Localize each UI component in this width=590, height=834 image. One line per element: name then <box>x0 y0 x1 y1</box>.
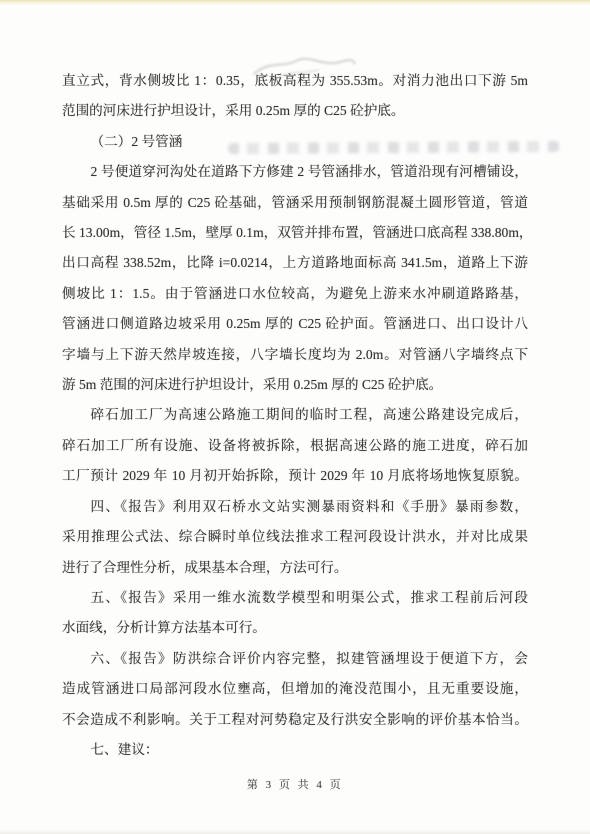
body-text: 直立式，背水侧坡比 1：0.35，底板高程为 355.53m。对消力池出口下游 … <box>62 66 528 765</box>
text-line: 五、《报告》采用一维水流数学模型和明渠公式，推求工程前后河段 <box>62 583 528 613</box>
text-line: 采用推理公式法、综合瞬时单位线法推求工程河段设计洪水，并对比成果 <box>62 522 528 552</box>
scan-edge-bottom <box>0 830 590 834</box>
text-line: 水面线，分析计算方法基本可行。 <box>62 613 528 643</box>
text-line: 2 号便道穿河沟处在道路下方修建 2 号管涵排水，管道沿现有河槽铺设， <box>62 157 528 187</box>
text-line: 范围的河床进行护坦设计，采用 0.25m 厚的 C25 砼护底。 <box>62 96 528 126</box>
text-line: 碎石加工厂所有设施、设备将被拆除，根据高速公路的施工进度，碎石加 <box>62 431 528 461</box>
text-line: 碎石加工厂为高速公路施工期间的临时工程，高速公路建设完成后， <box>62 400 528 430</box>
text-line: 不会造成不利影响。关于工程对河势稳定及行洪安全影响的评价基本恰当。 <box>62 705 528 735</box>
text-line: 基础采用 0.5m 厚的 C25 砼基础，管涵采用预制钢筋混凝土圆形管道，管道 <box>62 188 528 218</box>
text-line: 游 5m 范围的河床进行护坦设计，采用 0.25m 厚的 C25 砼护底。 <box>62 370 528 400</box>
document-page: 直立式，背水侧坡比 1：0.35，底板高程为 355.53m。对消力池出口下游 … <box>0 0 590 834</box>
text-line: 出口高程 338.52m，比降 i=0.0214，上方道路地面标高 341.5m… <box>62 248 528 278</box>
text-line: 管涵进口侧道路边坡采用 0.25m 厚的 C25 砼护面。管涵进口、出口设计八 <box>62 309 528 339</box>
text-line: 长 13.00m，管径 1.5m，壁厚 0.1m，双管并排布置，管涵进口底高程 … <box>62 218 528 248</box>
text-line: 直立式，背水侧坡比 1：0.35，底板高程为 355.53m。对消力池出口下游 … <box>62 66 528 96</box>
text-line: 四、《报告》利用双石桥水文站实测暴雨资料和《手册》暴雨参数， <box>62 492 528 522</box>
text-line: 工厂预计 2029 年 10 月初开始拆除，预计 2029 年 10 月底将场地… <box>62 461 528 491</box>
text-line: 字墙与上下游天然岸坡连接，八字墙长度均为 2.0m。对管涵八字墙终点下 <box>62 340 528 370</box>
text-line: 进行了合理性分析，成果基本合理，方法可行。 <box>62 553 528 583</box>
scan-edge-top <box>0 0 590 5</box>
text-line: 六、《报告》防洪综合评价内容完整，拟建管涵埋设于便道下方，会 <box>62 644 528 674</box>
text-line: 造成管涵进口局部河段水位壅高，但增加的淹没范围小，且无重要设施， <box>62 674 528 704</box>
page-number: 第 3 页 共 4 页 <box>0 776 590 792</box>
text-line: 七、建议： <box>62 735 528 765</box>
text-line: 侧坡比 1：1.5。由于管涵进口水位较高，为避免上游来水冲刷道路路基， <box>62 279 528 309</box>
subsection-heading: （二）2 号管涵 <box>62 127 528 157</box>
